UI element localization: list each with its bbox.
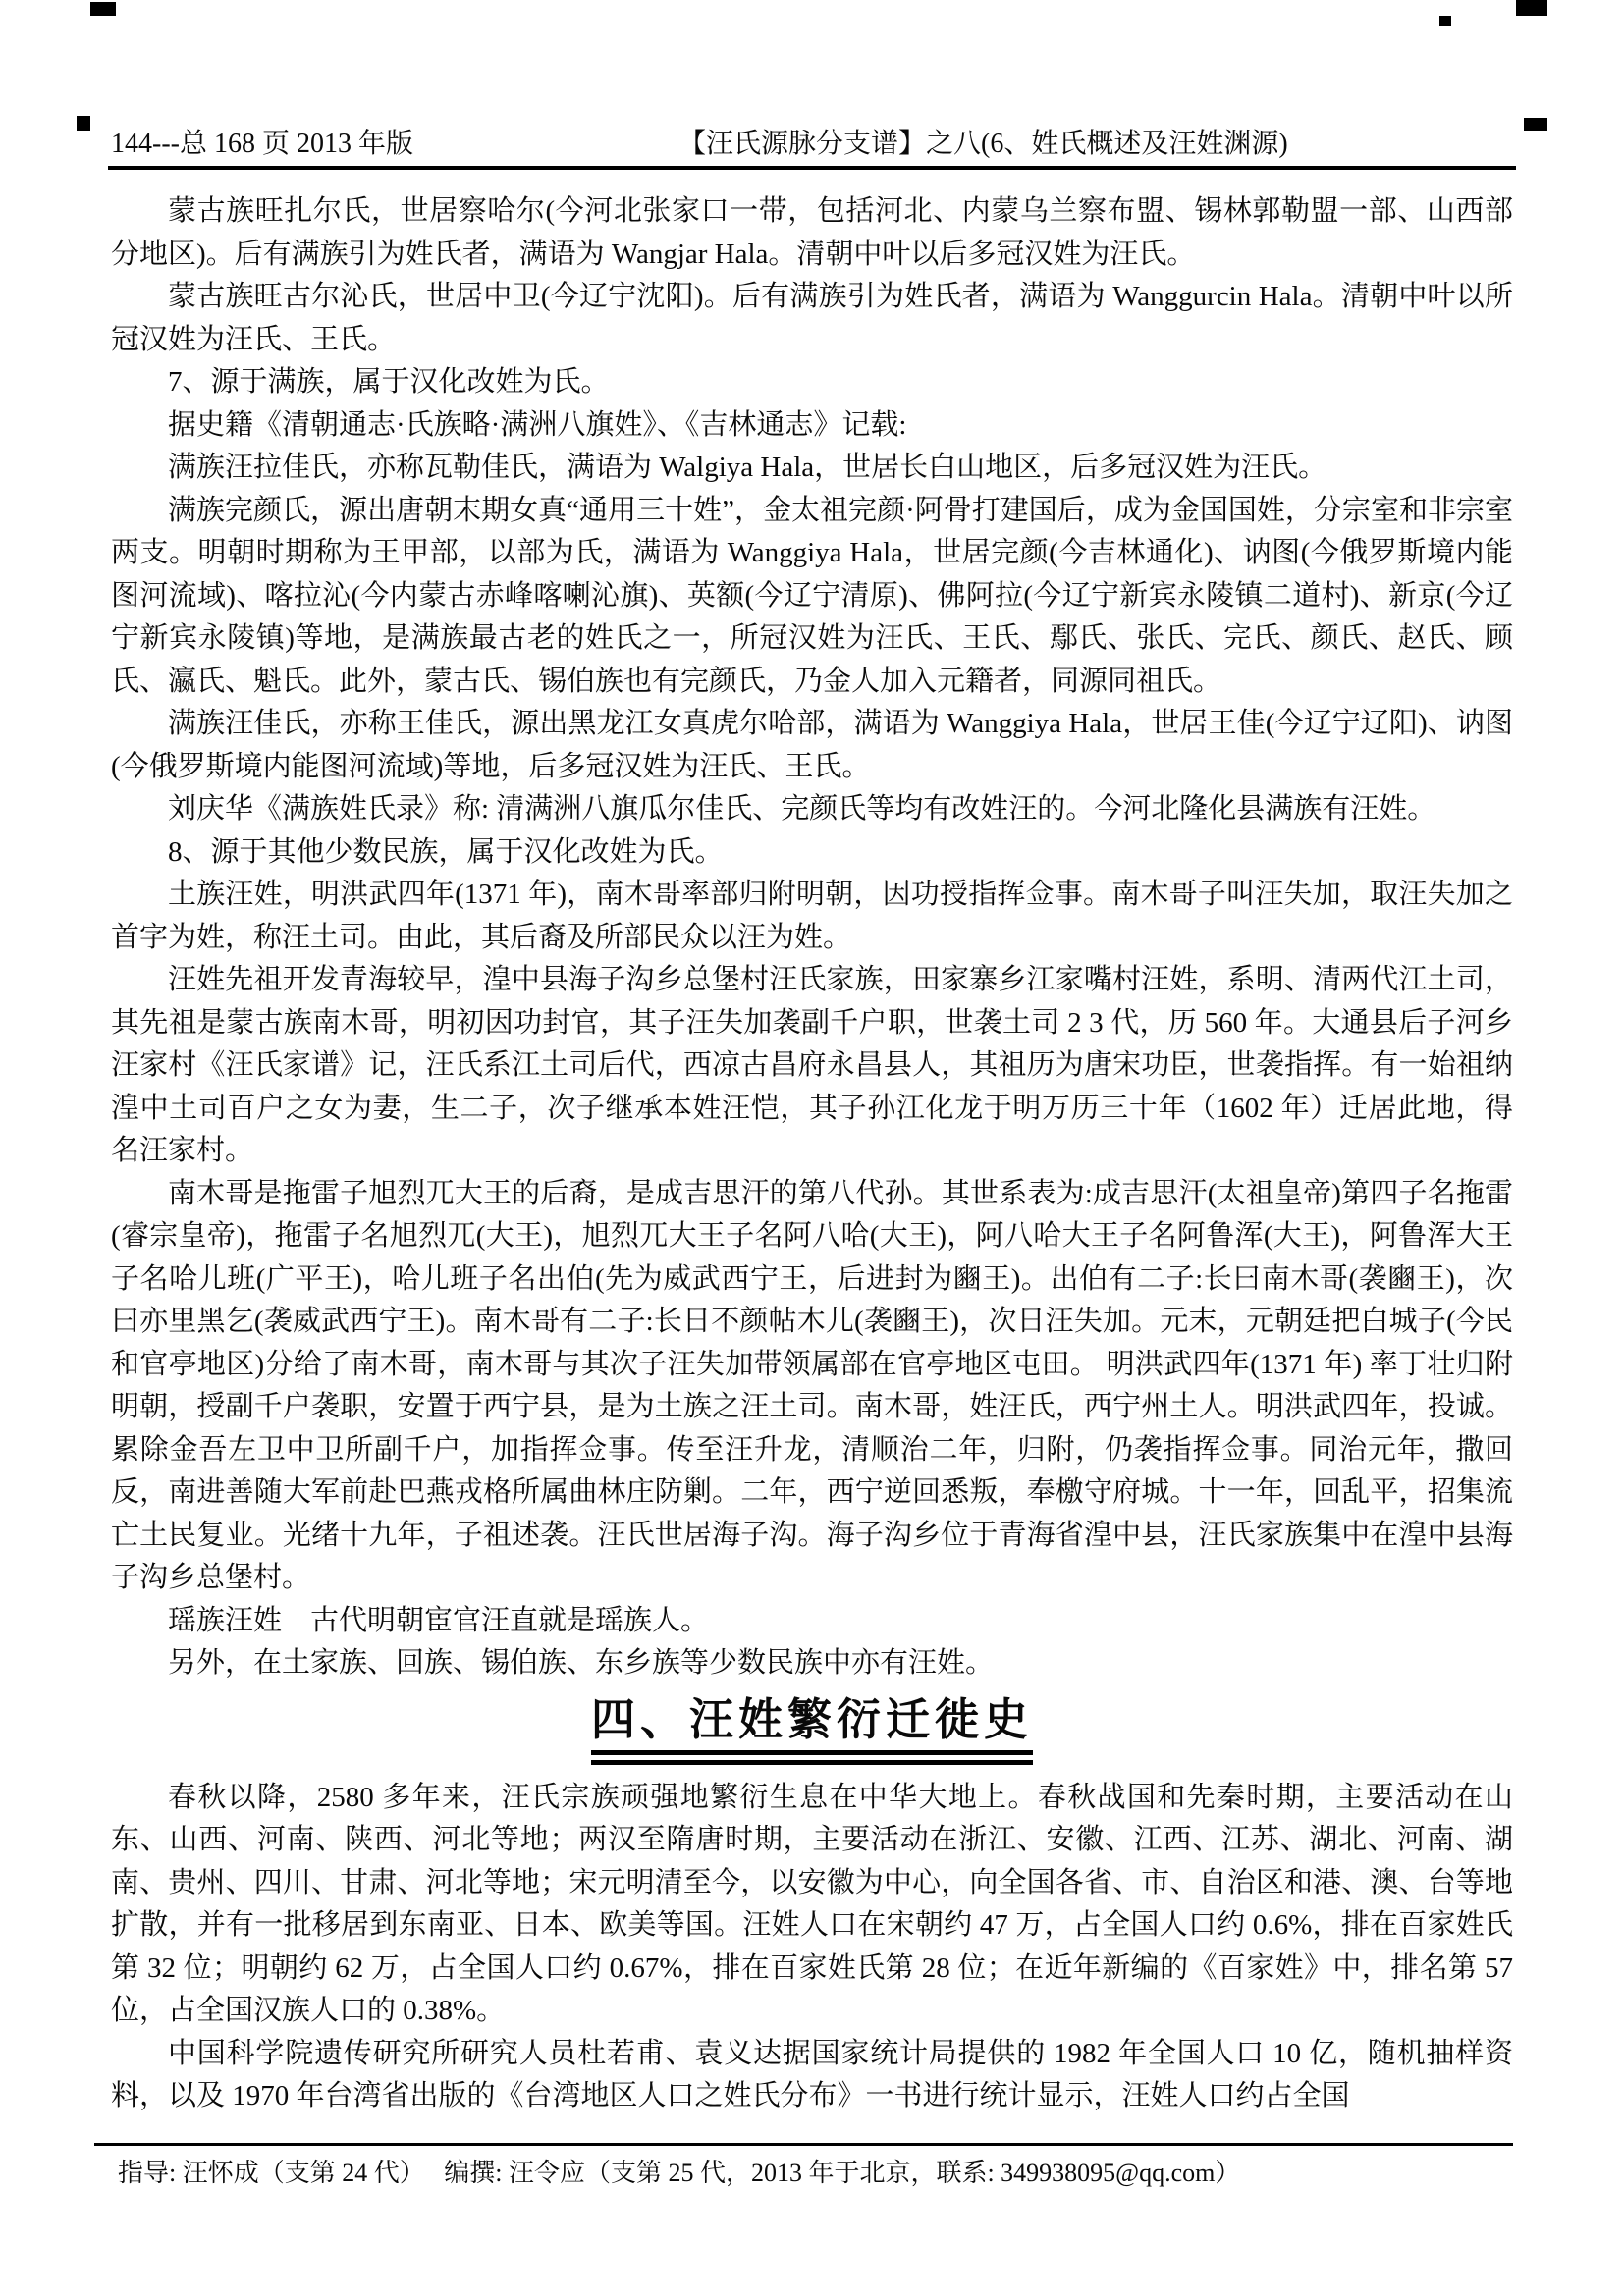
scan-artifact — [1439, 16, 1451, 26]
paragraph: 汪姓先祖开发青海较早，湟中县海子沟乡总堡村汪氏家族，田家寨乡江家嘴村汪姓，系明、… — [111, 959, 1513, 1173]
paragraph: 满族汪佳氏，亦称王佳氏，源出黑龙江女真虎尔哈部，满语为 Wanggiya Hal… — [111, 703, 1513, 788]
paragraph: 刘庆华《满族姓氏录》称: 清满洲八旗瓜尔佳氏、完颜氏等均有改姓汪的。今河北隆化县… — [111, 788, 1513, 831]
paragraph: 满族汪拉佳氏，亦称瓦勒佳氏，满语为 Walgiya Hala，世居长白山地区，后… — [111, 447, 1513, 490]
scan-artifact — [1516, 0, 1547, 16]
paragraph: 据史籍《清朝通志·氏族略·满洲八旗姓》、《吉林通志》记载: — [111, 404, 1513, 448]
paragraph: 中国科学院遗传研究所研究人员杜若甫、袁义达据国家统计局提供的 1982 年全国人… — [111, 2033, 1513, 2118]
numbered-item: 8、源于其他少数民族，属于汉化改姓为氏。 — [111, 831, 1513, 875]
document-body: 蒙古族旺扎尔氏，世居察哈尔(今河北张家口一带，包括河北、内蒙乌兰察布盟、锡林郭勒… — [111, 190, 1513, 2118]
paragraph: 蒙古族旺扎尔氏，世居察哈尔(今河北张家口一带，包括河北、内蒙乌兰察布盟、锡林郭勒… — [111, 190, 1513, 276]
book-title: 【汪氏源脉分支谱】之八(6、姓氏概述及汪姓渊源) — [678, 122, 1288, 161]
paragraph: 春秋以降，2580 多年来，汪氏宗族顽强地繁衍生息在中华大地上。春秋战国和先秦时… — [111, 1777, 1513, 2033]
page-footer: 指导: 汪怀成（支第 24 代） 编撰: 汪令应（支第 25 代，2013 年于… — [118, 2156, 1513, 2191]
section-heading-text: 四、汪姓繁衍迁徙史 — [591, 1693, 1033, 1755]
page-header: 144---总 168 页 2013 年版 【汪氏源脉分支谱】之八(6、姓氏概述… — [111, 122, 1513, 163]
scan-artifact — [90, 2, 116, 16]
paragraph: 南木哥是拖雷子旭烈兀大王的后裔，是成吉思汗的第八代孙。其世系表为:成吉思汗(太祖… — [111, 1173, 1513, 1600]
header-divider — [108, 166, 1516, 170]
paragraph: 瑶族汪姓 古代明朝宦官汪直就是瑶族人。 — [111, 1600, 1513, 1643]
footer-divider — [94, 2143, 1513, 2146]
section-heading: 四、汪姓繁衍迁徙史 — [111, 1693, 1513, 1765]
paragraph: 土族汪姓，明洪武四年(1371 年)，南木哥率部归附明朝，因功授指挥佥事。南木哥… — [111, 874, 1513, 959]
scan-artifact — [77, 116, 90, 131]
numbered-item: 7、源于满族，属于汉化改姓为氏。 — [111, 361, 1513, 404]
page-number-edition: 144---总 168 页 2013 年版 — [111, 122, 413, 161]
paragraph: 满族完颜氏，源出唐朝末期女真“通用三十姓”，金太祖完颜·阿骨打建国后，成为金国国… — [111, 490, 1513, 704]
footer-credits: 指导: 汪怀成（支第 24 代） 编撰: 汪令应（支第 25 代，2013 年于… — [118, 2159, 1240, 2187]
scan-artifact — [1524, 118, 1547, 131]
paragraph: 另外，在土家族、回族、锡伯族、东乡族等少数民族中亦有汪姓。 — [111, 1642, 1513, 1685]
document-page: 144---总 168 页 2013 年版 【汪氏源脉分支谱】之八(6、姓氏概述… — [0, 0, 1624, 2296]
paragraph: 蒙古族旺古尔沁氏，世居中卫(今辽宁沈阳)。后有满族引为姓氏者，满语为 Wangg… — [111, 276, 1513, 361]
section-heading-underline: 四、汪姓繁衍迁徙史 — [591, 1693, 1033, 1765]
